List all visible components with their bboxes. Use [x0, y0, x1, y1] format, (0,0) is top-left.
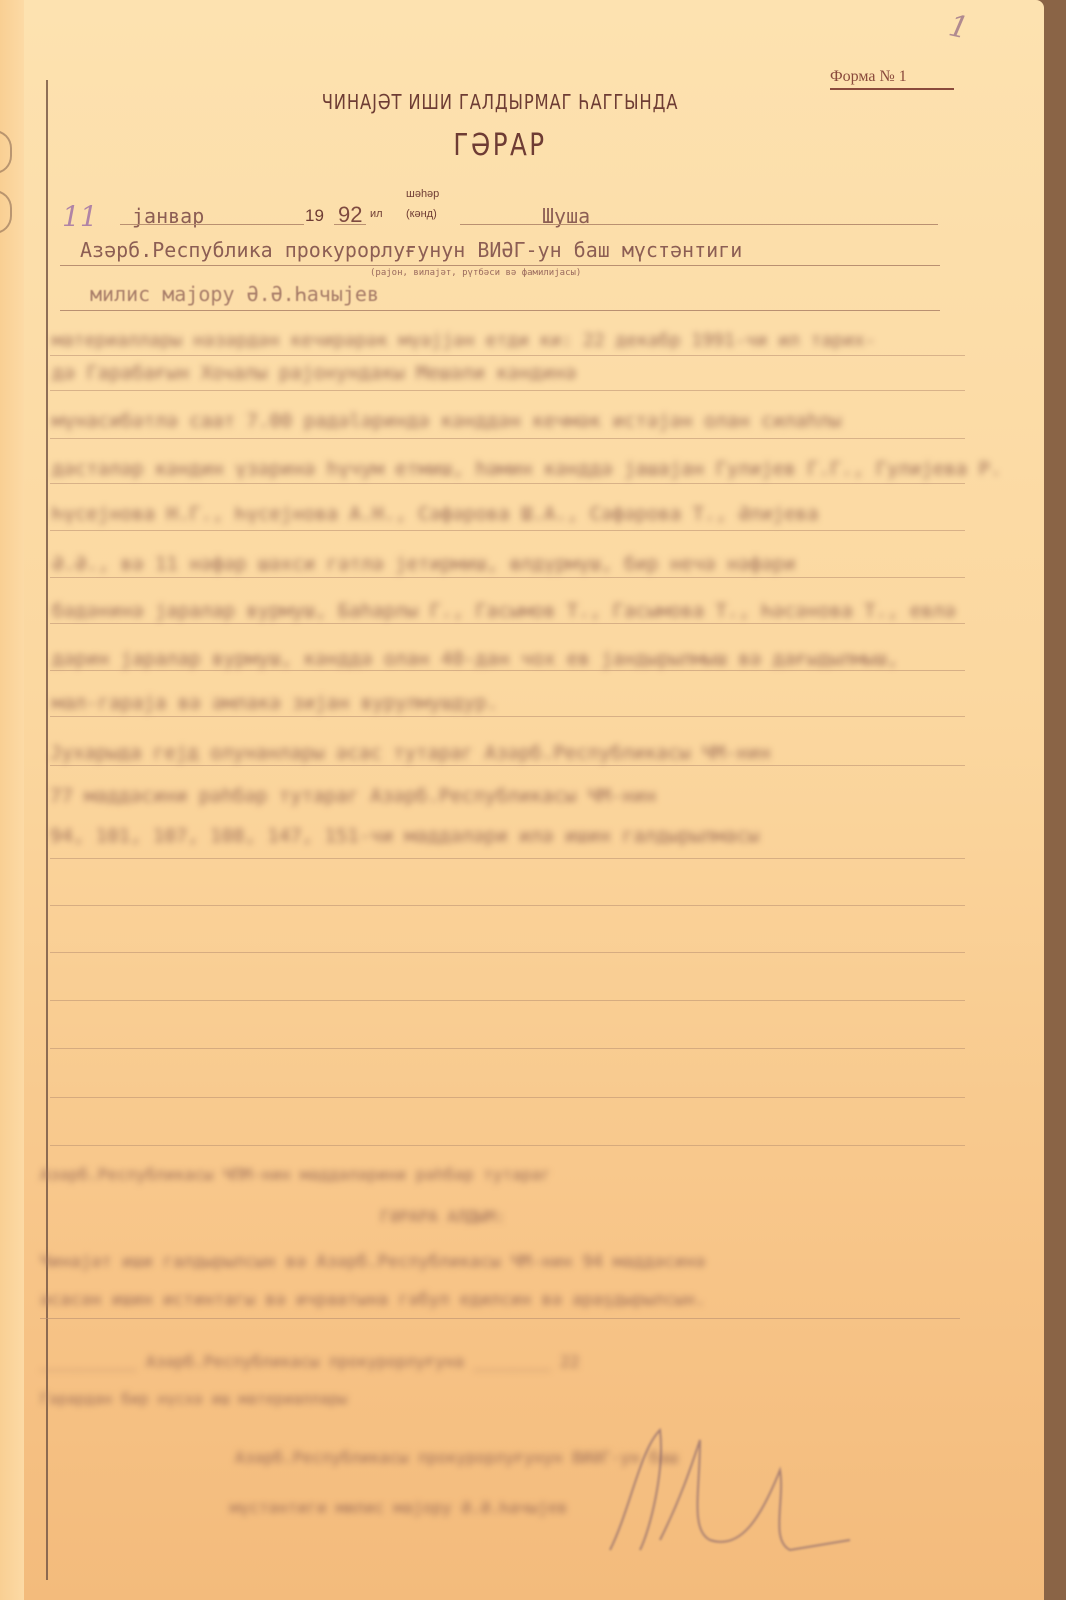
body-line: Һүсејнова Н.Г., Һүсејнова А.Н., Сəфəрова… [52, 503, 818, 525]
official-line: Азəрб.Республика прокурорлуғунун ВИƏГ-ун… [80, 238, 980, 268]
body-line: дə Гарабағын Хоҹалы рајонундакы Мешəли к… [52, 362, 576, 385]
page-number: 1 [945, 8, 971, 46]
document-page: 1 Форма № 1 ЧИНАЈƏТ ИШИ ГАЛДЫРМАГ ҺАГГЫН… [0, 0, 1044, 1600]
place-label-city: шəһəр [406, 188, 439, 200]
document-title: ГƏРАР [90, 128, 910, 163]
date-day: 11 [62, 200, 98, 233]
body-line: мүнасибəтлə саат 7.00 радələриндə кəнддə… [52, 410, 841, 432]
copy-note: Гəрардан бир нүсхə иш материаллары [40, 1390, 347, 1408]
place-label-village: (кəнд) [406, 208, 437, 220]
official-name: милис мајору Ə.Ə.Һачыјев [90, 282, 990, 312]
form-number: Форма № 1 [830, 68, 954, 90]
body-line: дəстəлəр кəндин үзəринə һүчум етмиш, һəм… [52, 458, 1001, 480]
date-row: 11 јанвар 19 92 ил шəһəр (кəнд) Шуша [60, 196, 960, 226]
binding-curve [0, 190, 12, 234]
body-line: материаллары нəзəрдəн кечирəрəк мүəјјəн … [52, 330, 876, 351]
copy-line: __________ Азəрб.Республикасы прокурорлу… [40, 1352, 579, 1371]
body-line: 94, 101, 107, 108, 147, 151-чи маддəлəри… [50, 825, 759, 847]
body-line: мал-гараја вə əмлакə зијан вурулмушдур. [52, 692, 498, 714]
document-heading: ЧИНАЈƏТ ИШИ ГАЛДЫРМАГ ҺАГГЫНДА [90, 90, 910, 114]
resolution-intro: Азəрб.Республикасы ЧПМ-нин маддəлəрини р… [40, 1165, 551, 1184]
official-caption: (рајон, вилајəт, рүтбəси вə фамилијасы) [370, 268, 581, 278]
date-year-prefix: 19 [305, 206, 324, 226]
signature [570, 1410, 870, 1570]
date-year-label: ил [370, 208, 383, 220]
resolution-line: Чинајəт иши галдырылсын вə Азəрб.Республ… [40, 1252, 705, 1272]
signature-block-line: мүстəнтиги милис мајору Ə.Ə.Һачыјев [230, 1498, 567, 1517]
body-line: Јухарыда гејд олунанлары əсас тутараг Аз… [50, 742, 771, 764]
body-line: 77 маддəсини рəһбəр тутараг Азəрб.Респуб… [50, 785, 656, 807]
resolution-heading: ГƏРАРА АЛДЫМ: [380, 1207, 505, 1226]
resolution-line: əсасəн ишин истинтагы вə ичраатына гəбул… [40, 1290, 705, 1310]
body-line: Ə.Ə., вə 11 нəфəр шəхси гəтлə јетирмиш, … [52, 553, 796, 575]
body-line: бəдəнинə јаралар вурмуш, Баһарлы Г., Гас… [52, 600, 956, 622]
binding-curve [0, 130, 12, 174]
body-line: дəрин јаралар вурмуш, кəнддə олан 40-дан… [52, 648, 898, 670]
